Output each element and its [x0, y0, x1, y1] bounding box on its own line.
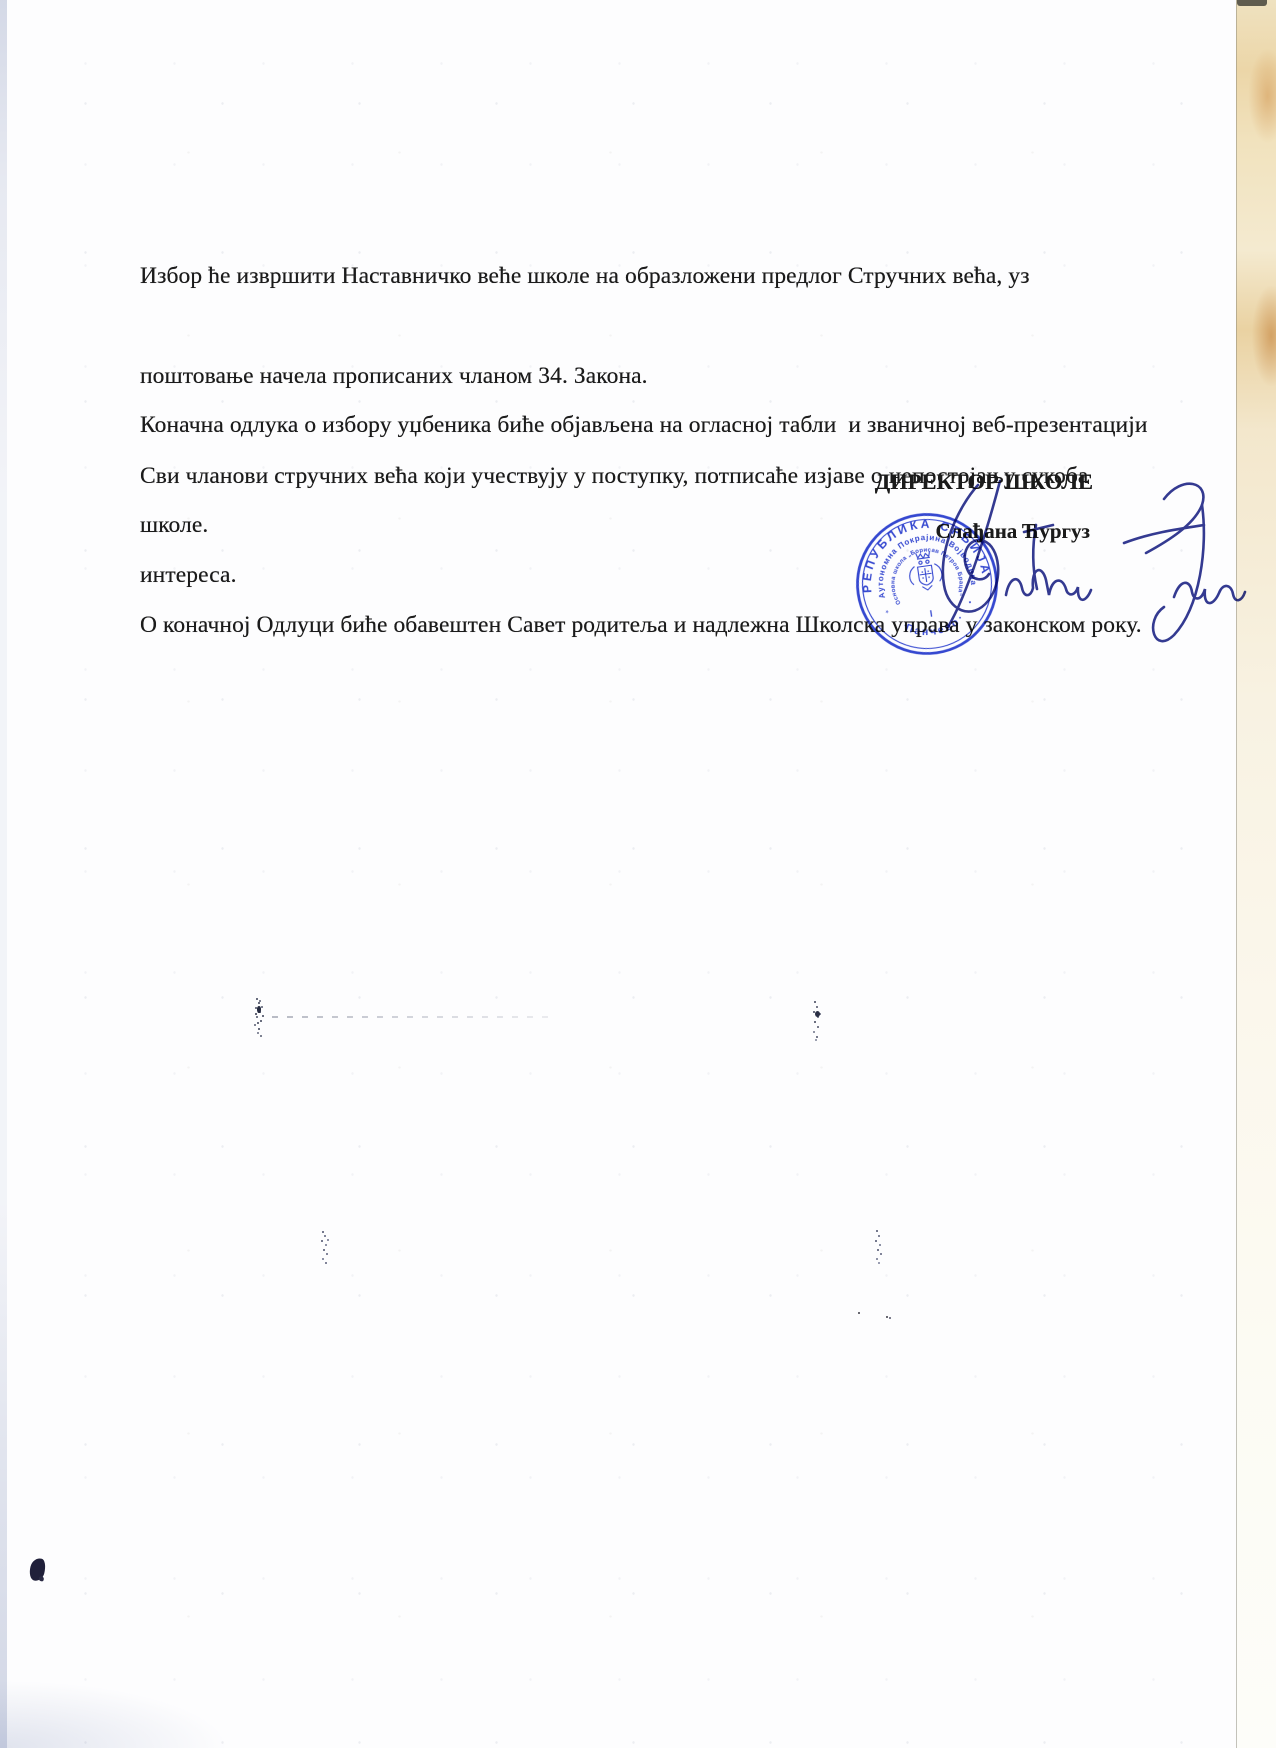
scan-corner-bottom-left: [0, 1680, 230, 1748]
ink-smudge: [815, 1011, 820, 1017]
text-line: Избор ће извршити Наставничко веће школе…: [140, 260, 1088, 293]
ink-blot: [27, 1557, 47, 1583]
ink-smudge: [814, 1001, 816, 1003]
scanned-document-page: Избор ће извршити Наставничко веће школе…: [0, 0, 1276, 1748]
edge-stain: [1248, 48, 1276, 144]
text-line: Коначна одлука о избору уџбеника биће об…: [140, 409, 1148, 442]
ink-smudge: [257, 1006, 261, 1013]
scan-edge-right-strip: [1236, 0, 1276, 1748]
scan-edge-left: [0, 0, 7, 1748]
edge-stain: [1252, 286, 1276, 386]
faint-dashed-line: [272, 1016, 557, 1018]
ink-smudge: [876, 1230, 878, 1232]
ink-smudge: [322, 1231, 324, 1233]
ink-speck: [858, 1312, 860, 1314]
stamp-separator-star: *: [884, 609, 893, 617]
signature: [912, 455, 1247, 665]
ink-smudge: [256, 998, 258, 1000]
edge-smudge: [1237, 0, 1267, 6]
signature-strokes: [912, 455, 1247, 665]
ink-speck: [886, 1316, 888, 1318]
